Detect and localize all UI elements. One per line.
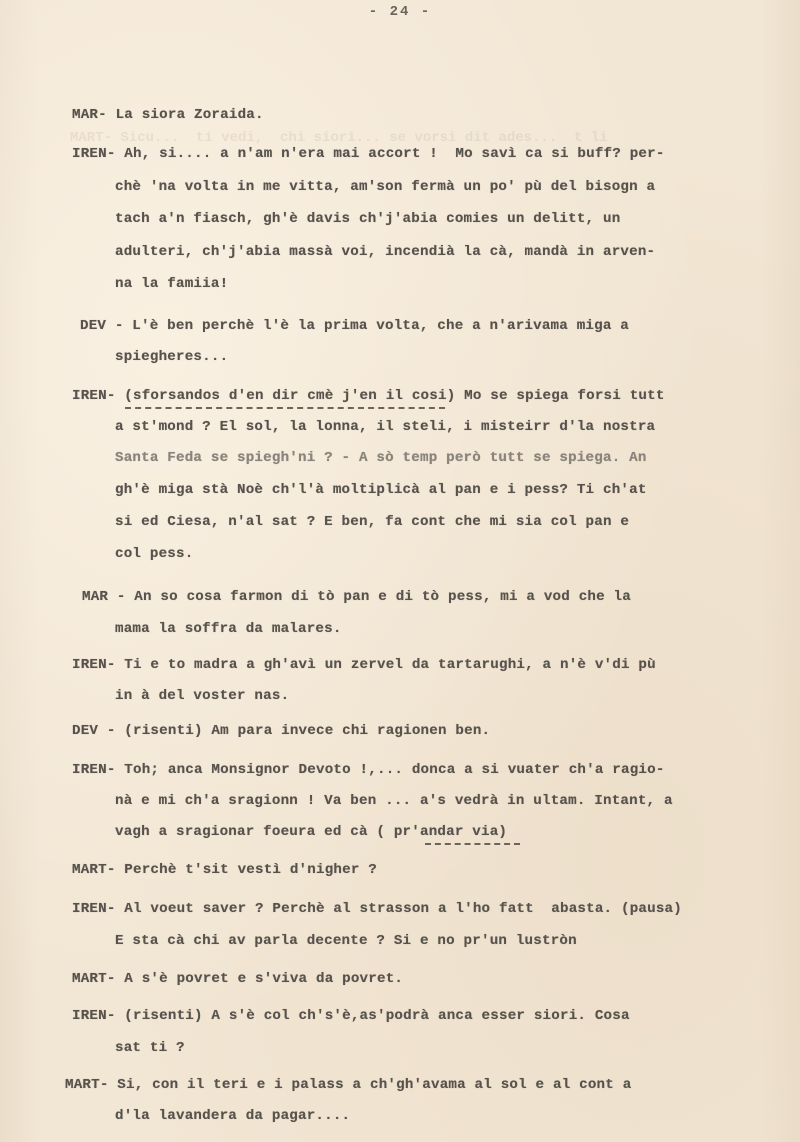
- dialogue-line: chè 'na volta in me vitta, am'son fermà …: [115, 179, 655, 195]
- dialogue-line: DEV - L'è ben perchè l'è la prima volta,…: [80, 318, 629, 334]
- dialogue-line: col pess.: [115, 546, 193, 562]
- dashed-underline: [125, 407, 445, 409]
- dialogue-line: si ed Ciesa, n'al sat ? E ben, fa cont c…: [115, 514, 629, 530]
- dialogue-line: d'la lavandera da pagar....: [115, 1108, 350, 1124]
- dialogue-line: MART- Perchè t'sit vestì d'nigher ?: [72, 862, 377, 878]
- dialogue-line: IREN- Toh; anca Monsignor Devoto !,... d…: [72, 762, 665, 778]
- dialogue-line: mama la soffra da malares.: [115, 621, 342, 637]
- dialogue-line: nà e mi ch'a sragionn ! Va ben ... a's v…: [115, 793, 673, 809]
- page-number: - 24 -: [0, 4, 800, 20]
- dialogue-line: gh'è miga stà Noè ch'l'à moltiplicà al p…: [115, 482, 647, 498]
- dialogue-line: IREN- Al voeut saver ? Perchè al strasso…: [72, 901, 682, 917]
- dialogue-line: IREN- Ti e to madra a gh'avì un zervel d…: [72, 657, 656, 673]
- dialogue-line: tach a'n fiasch, gh'è davis ch'j'abia co…: [115, 211, 620, 227]
- dialogue-line: adulteri, ch'j'abia massà voi, incendià …: [115, 244, 655, 260]
- dialogue-line: E sta cà chi av parla decente ? Si e no …: [115, 933, 577, 949]
- dialogue-line: MART- A s'è povret e s'viva da povret.: [72, 971, 403, 987]
- dialogue-line: na la famiia!: [115, 276, 228, 292]
- dialogue-line: MAR - An so cosa farmon di tò pan e di t…: [82, 589, 631, 605]
- dialogue-line: a st'mond ? El sol, la lonna, il steli, …: [115, 419, 655, 435]
- dialogue-line: in à del voster nas.: [115, 688, 289, 704]
- typewritten-page: - 24 - MART- Sicu... ti vedi, chi siori.…: [0, 0, 800, 1142]
- dialogue-line-stage-direction: vagh a sragionar foeura ed cà ( pr'andar…: [115, 824, 507, 840]
- dialogue-line-stage-direction: IREN- (sforsandos d'en dir cmè j'en il c…: [72, 388, 665, 404]
- dialogue-line: sat ti ?: [115, 1040, 185, 1056]
- dashed-underline: [425, 843, 520, 845]
- bleed-through-text: MART- Sicu... ti vedi, chi siori... se v…: [70, 130, 608, 146]
- dialogue-line: MAR- La siora Zoraida.: [72, 107, 264, 123]
- dialogue-line: IREN- (risenti) A s'è col ch's'è,as'podr…: [72, 1008, 630, 1024]
- dialogue-line: DEV - (risenti) Am para invece chi ragio…: [72, 723, 490, 739]
- dialogue-line: spiegheres...: [115, 349, 228, 365]
- dialogue-line: IREN- Ah, si.... a n'am n'era mai accort…: [72, 146, 665, 162]
- dialogue-line: Santa Feda se spiegh'ni ? - A sò temp pe…: [115, 450, 647, 466]
- dialogue-line: MART- Si, con il teri e i palass a ch'gh…: [65, 1077, 631, 1093]
